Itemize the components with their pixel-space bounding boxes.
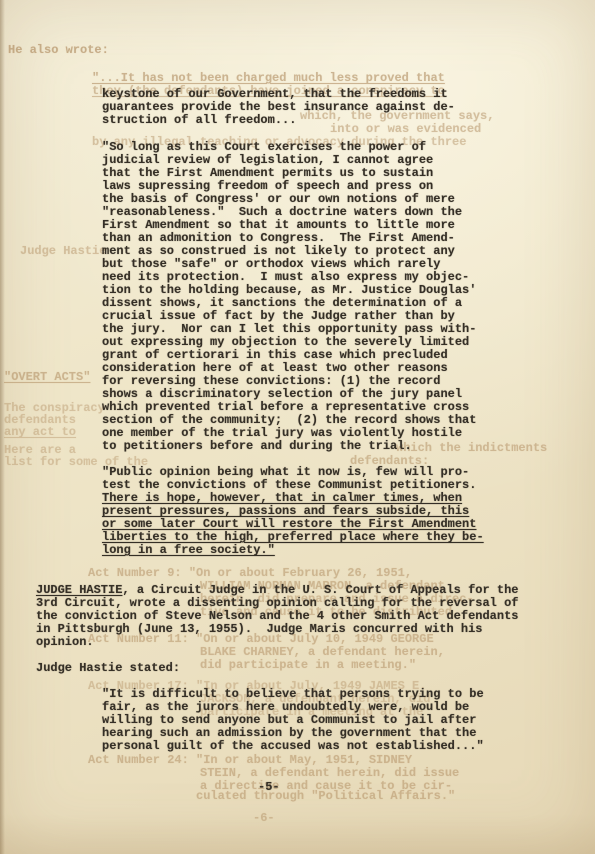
text-segment: Judge Hastie stated:: [36, 661, 180, 675]
text-segment: but those "safe" or orthodox views which…: [102, 257, 440, 271]
text-segment: fair, as the jurors here undoubtedly wer…: [102, 700, 469, 714]
text-segment: the conviction of Steve Nelson and the 4…: [36, 609, 518, 623]
underlined-text: JUDGE HASTIE: [36, 583, 122, 597]
para-hastie-stated: Judge Hastie stated:: [36, 662, 180, 675]
text-segment: tion to the holding because, as Mr. Just…: [102, 283, 476, 297]
text-segment: willing to send anyone but a Communist t…: [102, 713, 476, 727]
text-segment: guarantees provide the best insurance ag…: [102, 100, 455, 114]
text-segment: in Pittsburgh (June 13, 1955). Judge Mar…: [36, 622, 482, 636]
quote-keystone: keystone of our Government, that the fre…: [102, 88, 455, 127]
text-segment: grant of certiorari in this case which p…: [102, 348, 448, 362]
text-segment: dissent shows, it sanctions the determin…: [102, 296, 462, 310]
underlined-text: or some later Court will restore the Fir…: [102, 517, 476, 531]
text-segment: need its protection. I must also express…: [102, 270, 469, 284]
text-segment: "So long as this Court exercises the pow…: [102, 140, 426, 154]
text-segment: First Amendment so that it amounts to li…: [102, 218, 455, 232]
text-segment: section of the community; (2) the record…: [102, 413, 476, 427]
text-segment: "reasonableness." Such a doctrine waters…: [102, 205, 462, 219]
text-segment: laws supressing freedom of speech and pr…: [102, 179, 433, 193]
text-line: opinion.: [36, 636, 519, 649]
text-line: personal guilt of the accused was not es…: [102, 740, 484, 753]
text-segment: than an admonition to Congress. The Firs…: [102, 231, 455, 245]
quote-public-opinion: "Public opinion being what it now is, fe…: [102, 466, 484, 557]
text-segment: one member of the trial jury was violent…: [102, 426, 462, 440]
text-segment: out expressing my objection to the sever…: [102, 335, 469, 349]
text-segment: opinion.: [36, 635, 94, 649]
text-segment: consideration here of at least two other…: [102, 361, 448, 375]
text-segment: the jury. Nor can I let this opportunity…: [102, 322, 476, 336]
text-segment: "Public opinion being what it now is, fe…: [102, 465, 469, 479]
text-segment: personal guilt of the accused was not es…: [102, 739, 484, 753]
text-segment: which prevented trial before a represent…: [102, 400, 469, 414]
underlined-text: long in a free society.": [102, 543, 275, 557]
text-segment: "It is difficult to believe that persons…: [102, 687, 484, 701]
quote-difficult: "It is difficult to believe that persons…: [102, 688, 484, 753]
text-segment: the basis of Congress' or our own notion…: [102, 192, 455, 206]
text-segment: struction of all freedom...: [102, 113, 296, 127]
page-number: -5-: [258, 781, 280, 794]
text-segment: 3rd Circuit, wrote a dissenting opinion …: [36, 596, 518, 610]
text-segment: judicial review of legislation, I cannot…: [102, 153, 433, 167]
text-line: long in a free society.": [102, 544, 484, 557]
underlined-text: present pressures, passions and fears su…: [102, 504, 469, 518]
text-segment: crucial issue of fact by the Judge rathe…: [102, 309, 455, 323]
text-segment: that the First Amendment permits us to s…: [102, 166, 433, 180]
text-segment: ment as so construed is not likely to pr…: [102, 244, 455, 258]
text-segment: for reversing these convictions: (1) the…: [102, 374, 440, 388]
text-segment: keystone of our Government, that the fre…: [102, 87, 448, 101]
text-line: to petitioners before and during the tri…: [102, 440, 476, 453]
underlined-text: liberties to the high, preferred place w…: [102, 530, 484, 544]
document-page: He also wrote:"...It has not been charge…: [0, 0, 595, 854]
underlined-text: There is hope, however, that in calmer t…: [102, 491, 462, 505]
text-line: struction of all freedom...: [102, 114, 455, 127]
quote-so-long: "So long as this Court exercises the pow…: [102, 141, 476, 453]
text-segment: test the convictions of these Communist …: [102, 478, 476, 492]
text-segment: to petitioners before and during the tri…: [102, 439, 412, 453]
text-segment: hearing such an admission by the governm…: [102, 726, 476, 740]
text-segment: , a Circuit Judge in the U. S. Court of …: [122, 583, 518, 597]
text-segment: shows a discriminatory selection of the …: [102, 387, 462, 401]
text-line: Judge Hastie stated:: [36, 662, 180, 675]
text-line: in Pittsburgh (June 13, 1955). Judge Mar…: [36, 623, 519, 636]
text-layer: keystone of our Government, that the fre…: [0, 0, 595, 854]
para-judge-hastie: JUDGE HASTIE, a Circuit Judge in the U. …: [36, 584, 519, 649]
